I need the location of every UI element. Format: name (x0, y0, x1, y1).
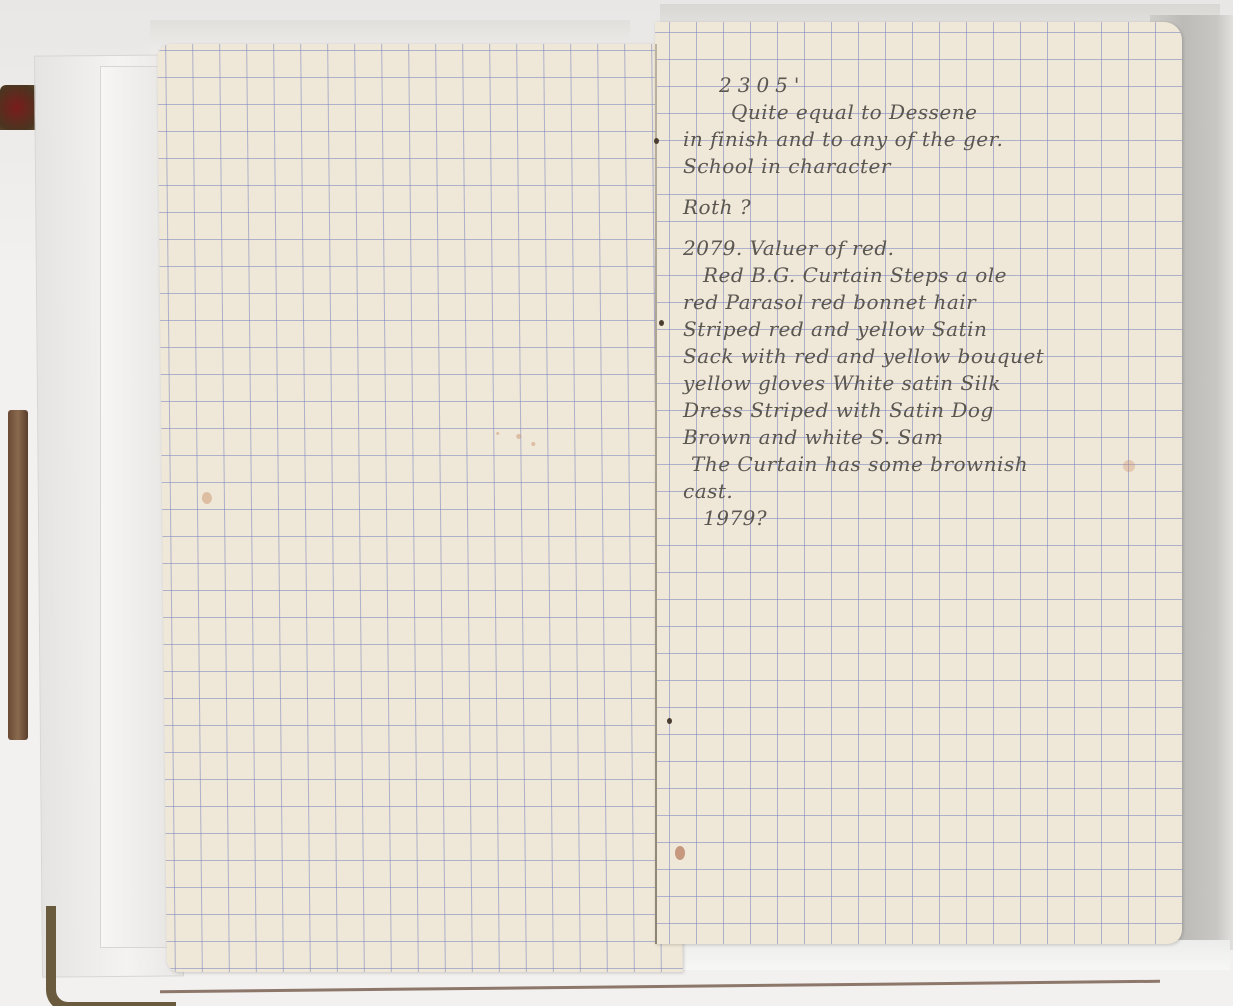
note-line: Striped red and yellow Satin (683, 316, 1143, 343)
notebook-scan: 2305' Quite equal to Dessene in finish a… (0, 0, 1233, 1006)
note-line: Quite equal to Dessene (683, 99, 1143, 126)
stain-spot (496, 432, 499, 435)
binding-stitch (667, 718, 672, 724)
note-line: Brown and white S. Sam (683, 424, 1143, 451)
catalog-number: 1979? (683, 505, 1143, 532)
book-cover-bottom-edge (160, 980, 1160, 993)
stain-spot (531, 442, 535, 446)
note-line: Red B.G. Curtain Steps a ole (683, 262, 1143, 289)
note-line: The Curtain has some brownish (683, 451, 1143, 478)
catalog-number: 2305' (683, 72, 1143, 99)
binding-stitch (659, 320, 664, 326)
stain-spot (516, 434, 521, 439)
binding-stitch (654, 138, 659, 144)
note-line: in finish and to any of the ger. (683, 126, 1143, 153)
metal-corner-clasp (46, 906, 176, 1006)
book-cover-edge (8, 410, 28, 740)
note-line: yellow gloves White satin Silk (683, 370, 1143, 397)
note-line: cast. (683, 478, 1143, 505)
stain-spot (202, 492, 212, 504)
left-page (157, 44, 683, 972)
catalog-entry-heading: 2079. Valuer of red. (683, 235, 1143, 262)
note-line: red Parasol red bonnet hair (683, 289, 1143, 316)
note-line: Sack with red and yellow bouquet (683, 343, 1143, 370)
note-line: Dress Striped with Satin Dog (683, 397, 1143, 424)
stain-spot (675, 846, 685, 860)
note-line: Roth ? (683, 194, 1143, 221)
handwritten-notes: 2305' Quite equal to Dessene in finish a… (683, 72, 1143, 532)
book-gutter (655, 44, 657, 944)
note-line: School in character (683, 153, 1143, 180)
